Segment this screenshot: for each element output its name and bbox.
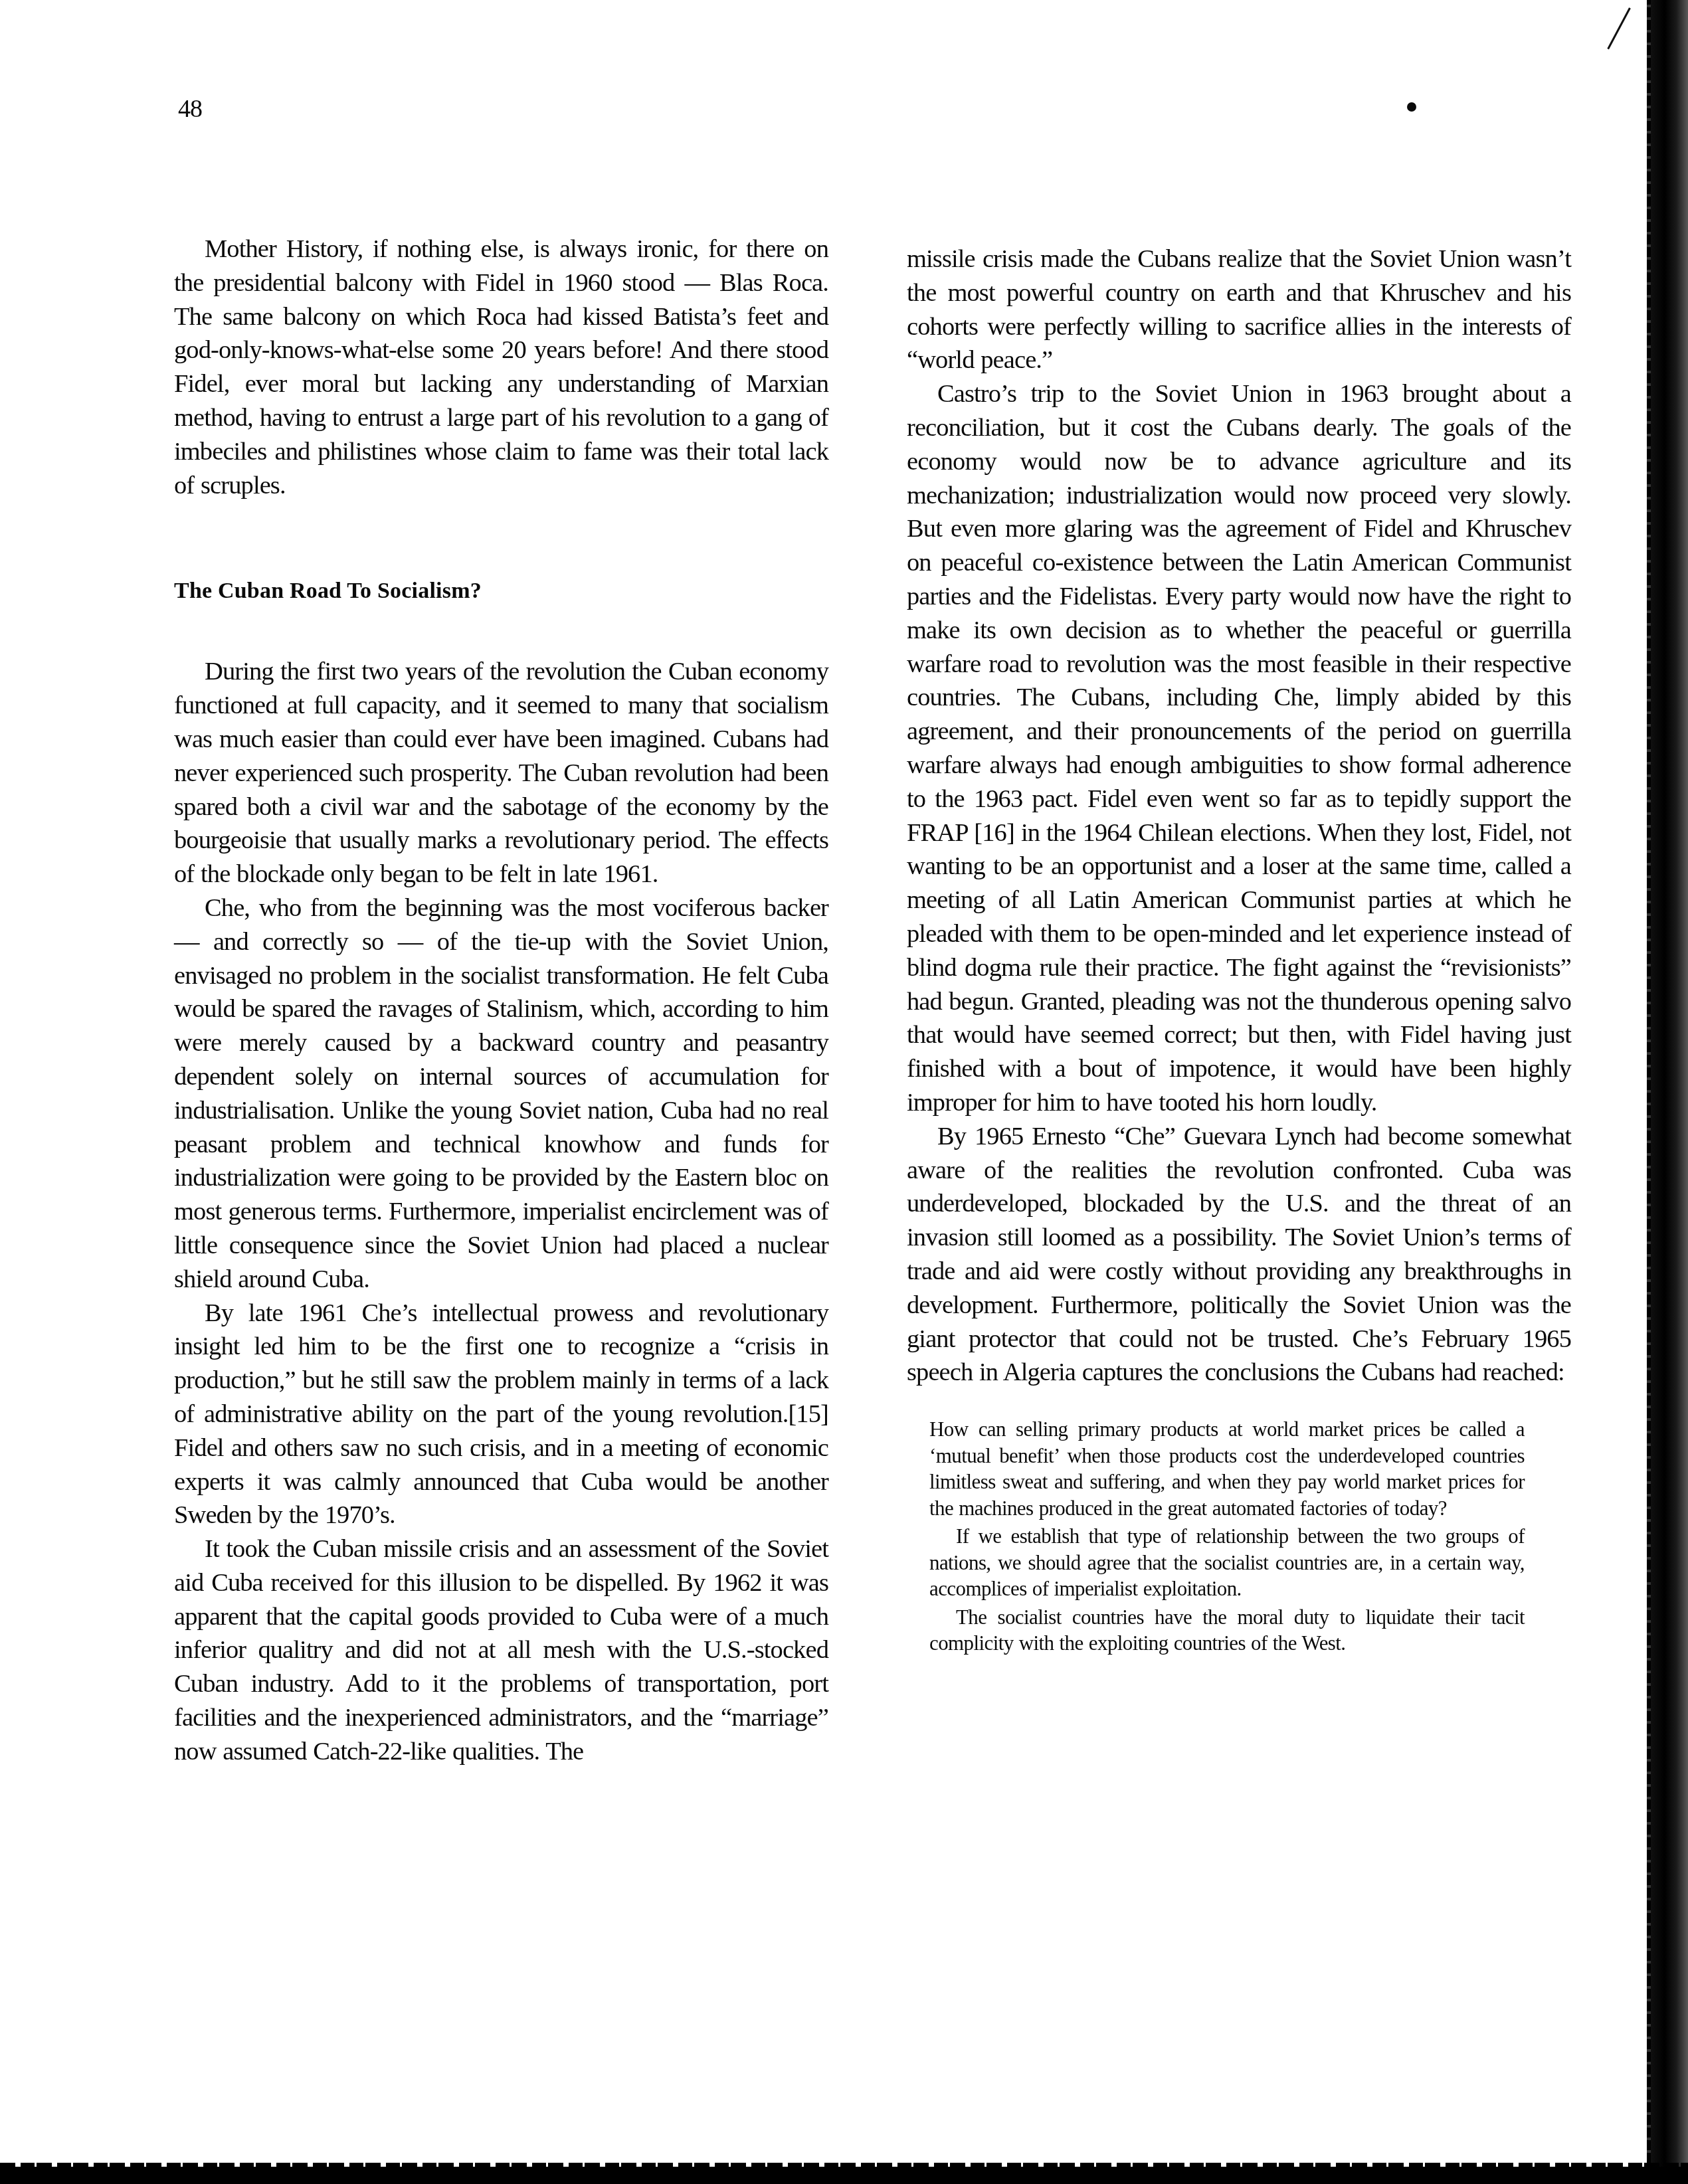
intro-paragraph: Mother History, if nothing else, is alwa… xyxy=(174,232,828,502)
scan-shadow-bottom-edge xyxy=(0,2167,1688,2184)
quote-paragraph: If we establish that type of relationshi… xyxy=(929,1523,1525,1602)
page-corner-curl-mark xyxy=(1607,7,1631,49)
body-paragraph: By 1965 Ernesto “Che” Guevara Lynch had … xyxy=(907,1120,1571,1390)
scan-shadow-right-edge xyxy=(1649,0,1688,2184)
body-paragraph: Castro’s trip to the Soviet Union in 196… xyxy=(907,377,1571,1120)
body-paragraph: Che, who from the beginning was the most… xyxy=(174,891,828,1297)
continued-paragraph: missile crisis made the Cubans realize t… xyxy=(907,242,1571,377)
body-paragraph: By late 1961 Che’s intellectual prowess … xyxy=(174,1297,828,1533)
quote-paragraph: How can selling primary products at worl… xyxy=(929,1416,1525,1521)
body-paragraph: During the first two years of the revolu… xyxy=(174,655,828,891)
quotation-block: How can selling primary products at worl… xyxy=(929,1416,1525,1657)
right-column: missile crisis made the Cubans realize t… xyxy=(907,242,1571,1659)
quote-paragraph: The socialist countries have the moral d… xyxy=(929,1604,1525,1657)
left-column: Mother History, if nothing else, is alwa… xyxy=(174,232,828,1769)
body-paragraph: It took the Cuban missile crisis and an … xyxy=(174,1532,828,1769)
section-heading: The Cuban Road To Socialism? xyxy=(174,577,828,606)
scanned-page: 48 Mother History, if nothing else, is a… xyxy=(0,0,1688,2184)
page-number: 48 xyxy=(178,94,202,124)
bullet-dot-mark xyxy=(1407,102,1416,112)
